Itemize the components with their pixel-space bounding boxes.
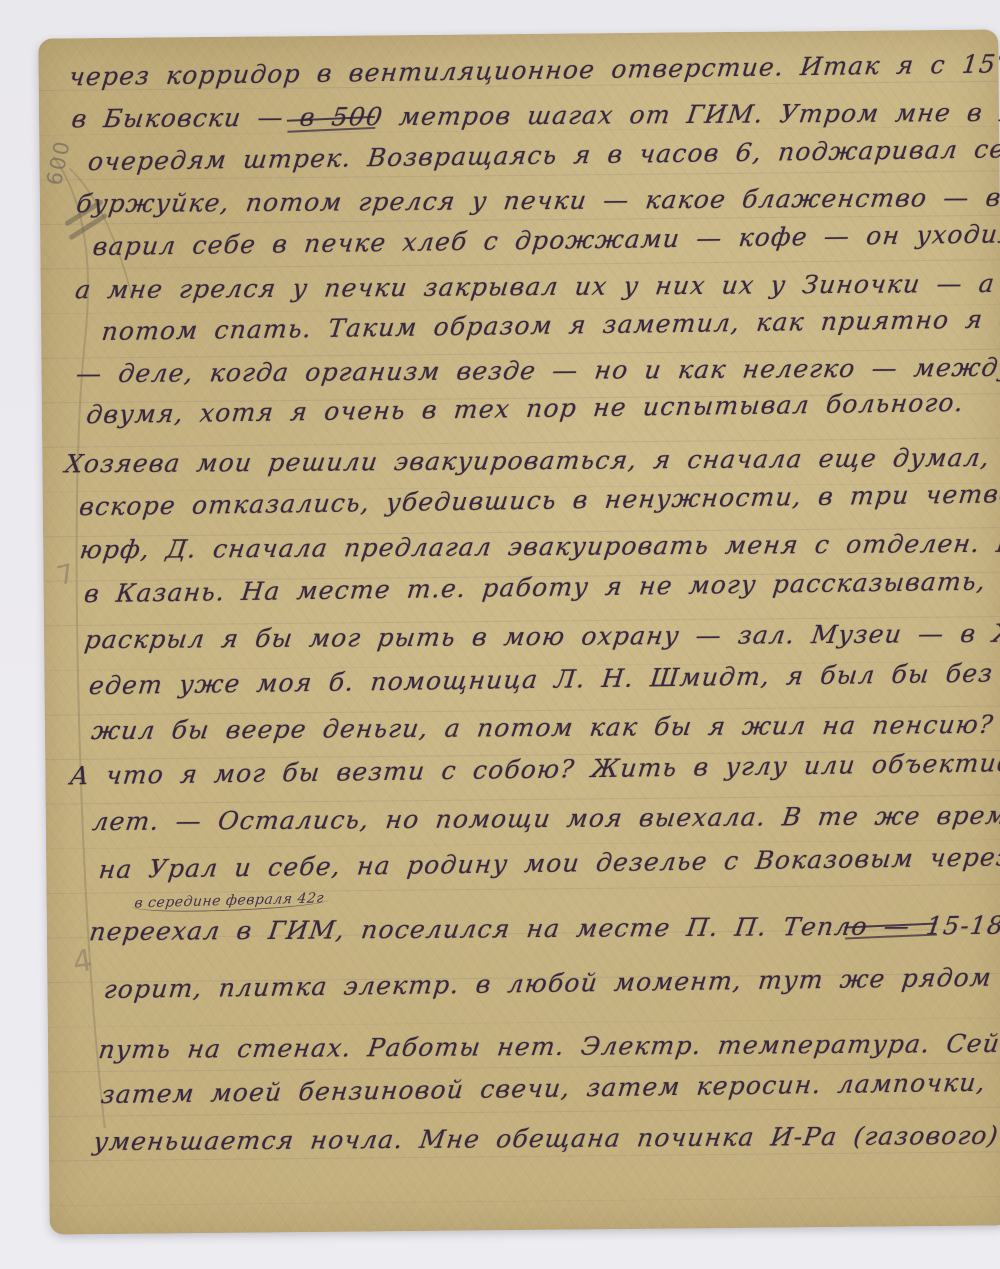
scanner-background: 600 7 4 через корридор в вентиляционное … xyxy=(0,0,1000,1269)
pencil-mark-upper: 7 xyxy=(54,559,78,592)
handwritten-line: лет. — Остались, но помощи моя выехала. … xyxy=(89,800,1000,847)
handwritten-line: через корридор в вентиляционное отверсти… xyxy=(67,46,1000,102)
handwritten-line: раскрыл я бы мог рыть в мою охрану — зал… xyxy=(81,619,1000,666)
handwritten-line: уменьшается ночла. Мне обещана починка И… xyxy=(90,1119,1000,1167)
margin-page-number: 600 xyxy=(42,137,75,187)
manuscript-page: 600 7 4 через корридор в вентиляционное … xyxy=(38,29,1000,1234)
handwritten-line: едет уже моя б. помощница Л. Н. Шмидт, я… xyxy=(86,656,1000,711)
handwritten-line: путь на стенах. Работы нет. Электр. темп… xyxy=(95,1027,1000,1075)
handwritten-line: жил бы веере деньги, а потом как бы я жи… xyxy=(88,709,1000,756)
handwritten-line: горит, плитка электр. в любой момент, ту… xyxy=(101,961,1000,1015)
handwritten-line: на Урал и себе, на родину мои дезелье с … xyxy=(96,841,1000,895)
